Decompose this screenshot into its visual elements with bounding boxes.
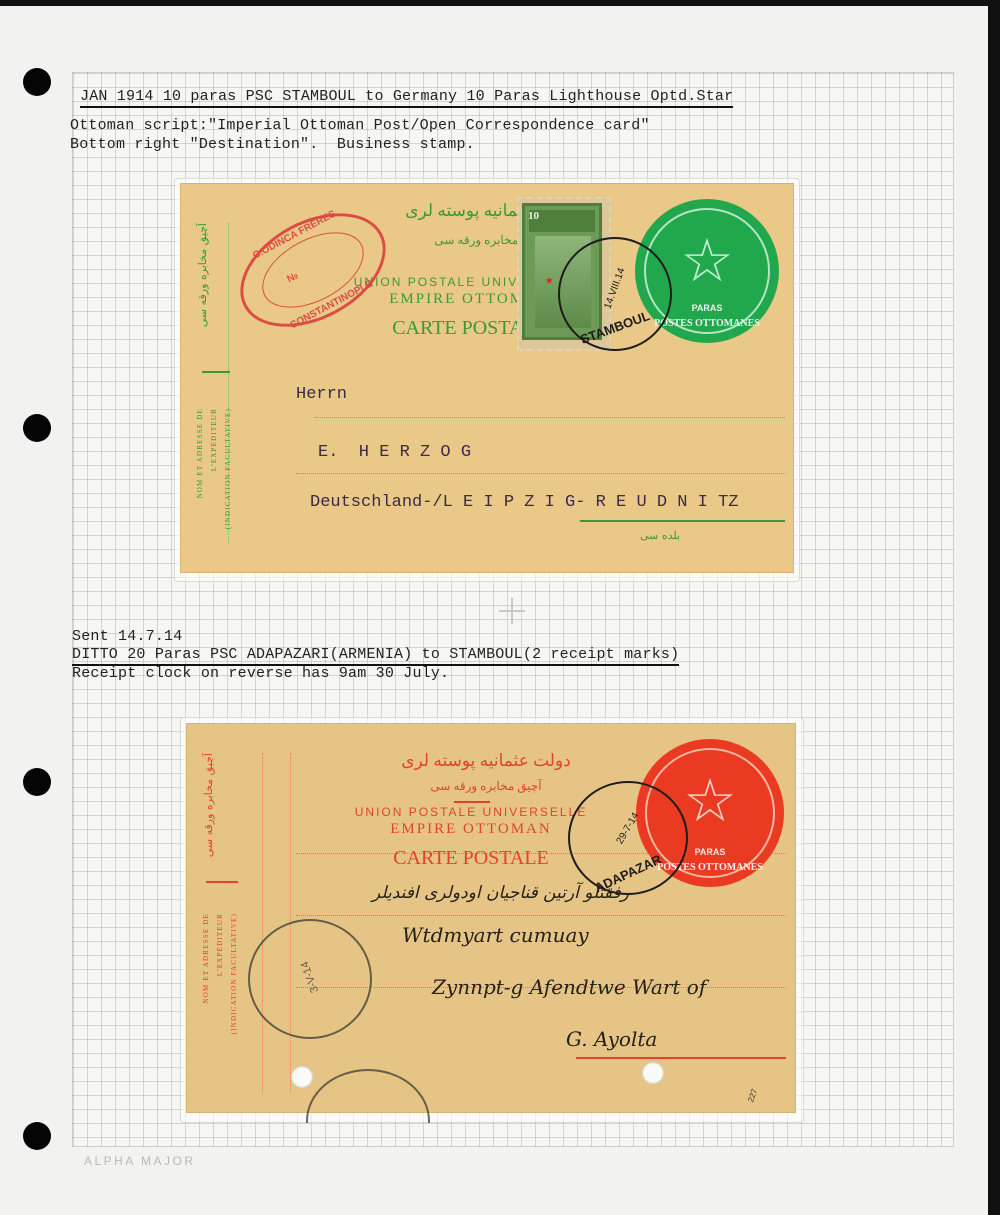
destination-rule: [580, 520, 785, 522]
sender-label: L'EXPÉDITEUR: [210, 408, 218, 471]
entry1-note: Bottom right "Destination". Business sta…: [70, 136, 475, 153]
destination-rule: [576, 1057, 786, 1059]
star-crescent-icon: ☆: [663, 217, 751, 305]
binder-hole: [23, 68, 51, 96]
punch-hole: [291, 1066, 313, 1088]
binder-hole: [23, 414, 51, 442]
empire-label: EMPIRE OTTOMAN: [336, 821, 606, 838]
divider: [454, 801, 490, 803]
album-page: JAN 1914 10 paras PSC STAMBOUL to German…: [0, 6, 988, 1215]
sender-label: NOM ET ADRESSE DE: [202, 913, 210, 1003]
handwritten-line: رفقتلو آرتین قناجیان اودولری افندیلر: [372, 883, 629, 903]
entry2-note: Receipt clock on reverse has 9am 30 July…: [72, 665, 449, 682]
address-salutation: Herrn: [296, 385, 347, 404]
address-name: E. H E R Z O G: [318, 443, 471, 462]
punch-hole: [642, 1062, 664, 1084]
binder-hole: [23, 768, 51, 796]
address-line: [296, 473, 786, 474]
ottoman-side-text: آچیق مخابره ورقه سی: [202, 753, 215, 857]
address-city: Deutschland-/L E I P Z I G- R E U D N I …: [310, 493, 738, 512]
entry1-title: JAN 1914 10 paras PSC STAMBOUL to German…: [80, 88, 733, 108]
stamp-value: 10: [528, 210, 539, 222]
carte-postale-label: CARTE POSTALE: [336, 847, 606, 870]
handwritten-line: Zynnpt-g Afendtwe Wart of: [432, 975, 706, 999]
address-line: [315, 417, 785, 418]
brand-label: ALPHA MAJOR: [84, 1154, 196, 1168]
divider: [202, 371, 230, 373]
handwritten-line: Wtdmyart cuтиay: [402, 923, 589, 947]
receipt-postmark: 3-V-14: [248, 919, 372, 1039]
postmark-city: STAMBOUL: [561, 302, 669, 354]
sender-column: آچیق مخابره ورقه سی NOM ET ADRESSE DE L'…: [198, 753, 250, 1093]
address-line: [296, 915, 786, 916]
sender-label: (INDICATION FACULTATIVE): [230, 913, 238, 1034]
ottoman-header: دولت عثمانیه پوسته لری: [366, 751, 606, 771]
adapazar-postmark: ADAPAZAR 29-7-14: [568, 781, 688, 895]
receipt-postmark-partial: [306, 1069, 430, 1173]
handwritten-line: G. Ayolta: [566, 1027, 657, 1051]
postcard-stamboul: آچیق مخابره ورقه سی NOM ET ADRESSE DE L'…: [180, 183, 794, 573]
binder-hole: [23, 1122, 51, 1150]
entry1-note: Ottoman script:"Imperial Ottoman Post/Op…: [70, 117, 650, 134]
postcard-adapazari: آچیق مخابره ورقه سی NOM ET ADRESSE DE L'…: [186, 723, 796, 1113]
address-line: [296, 853, 786, 854]
center-crossmark: [511, 598, 513, 624]
star-overprint-icon: ★: [545, 272, 553, 289]
dotted-rule: [262, 753, 263, 1093]
receipt-date: 3-V-14: [284, 919, 336, 1036]
divider: [206, 881, 238, 883]
union-label: UNION POSTALE UNIVERSELLE: [336, 805, 606, 819]
entry2-title: DITTO 20 Paras PSC ADAPAZARI(ARMENIA) to…: [72, 646, 679, 666]
ottoman-side-text: آچیق مخابره ورقه سی: [196, 223, 209, 327]
sender-label: NOM ET ADRESSE DE: [196, 408, 204, 498]
sender-label: L'EXPÉDITEUR: [216, 913, 224, 976]
entry2-sent-note: Sent 14.7.14: [72, 628, 182, 645]
printer-mark: 227: [746, 1088, 759, 1104]
destination-label: بلده‌ سی: [640, 529, 680, 542]
ottoman-subheader: آچیق مخابره ورقه سی: [386, 779, 586, 794]
stamboul-postmark: STAMBOUL 14.VIII.14: [558, 237, 672, 351]
